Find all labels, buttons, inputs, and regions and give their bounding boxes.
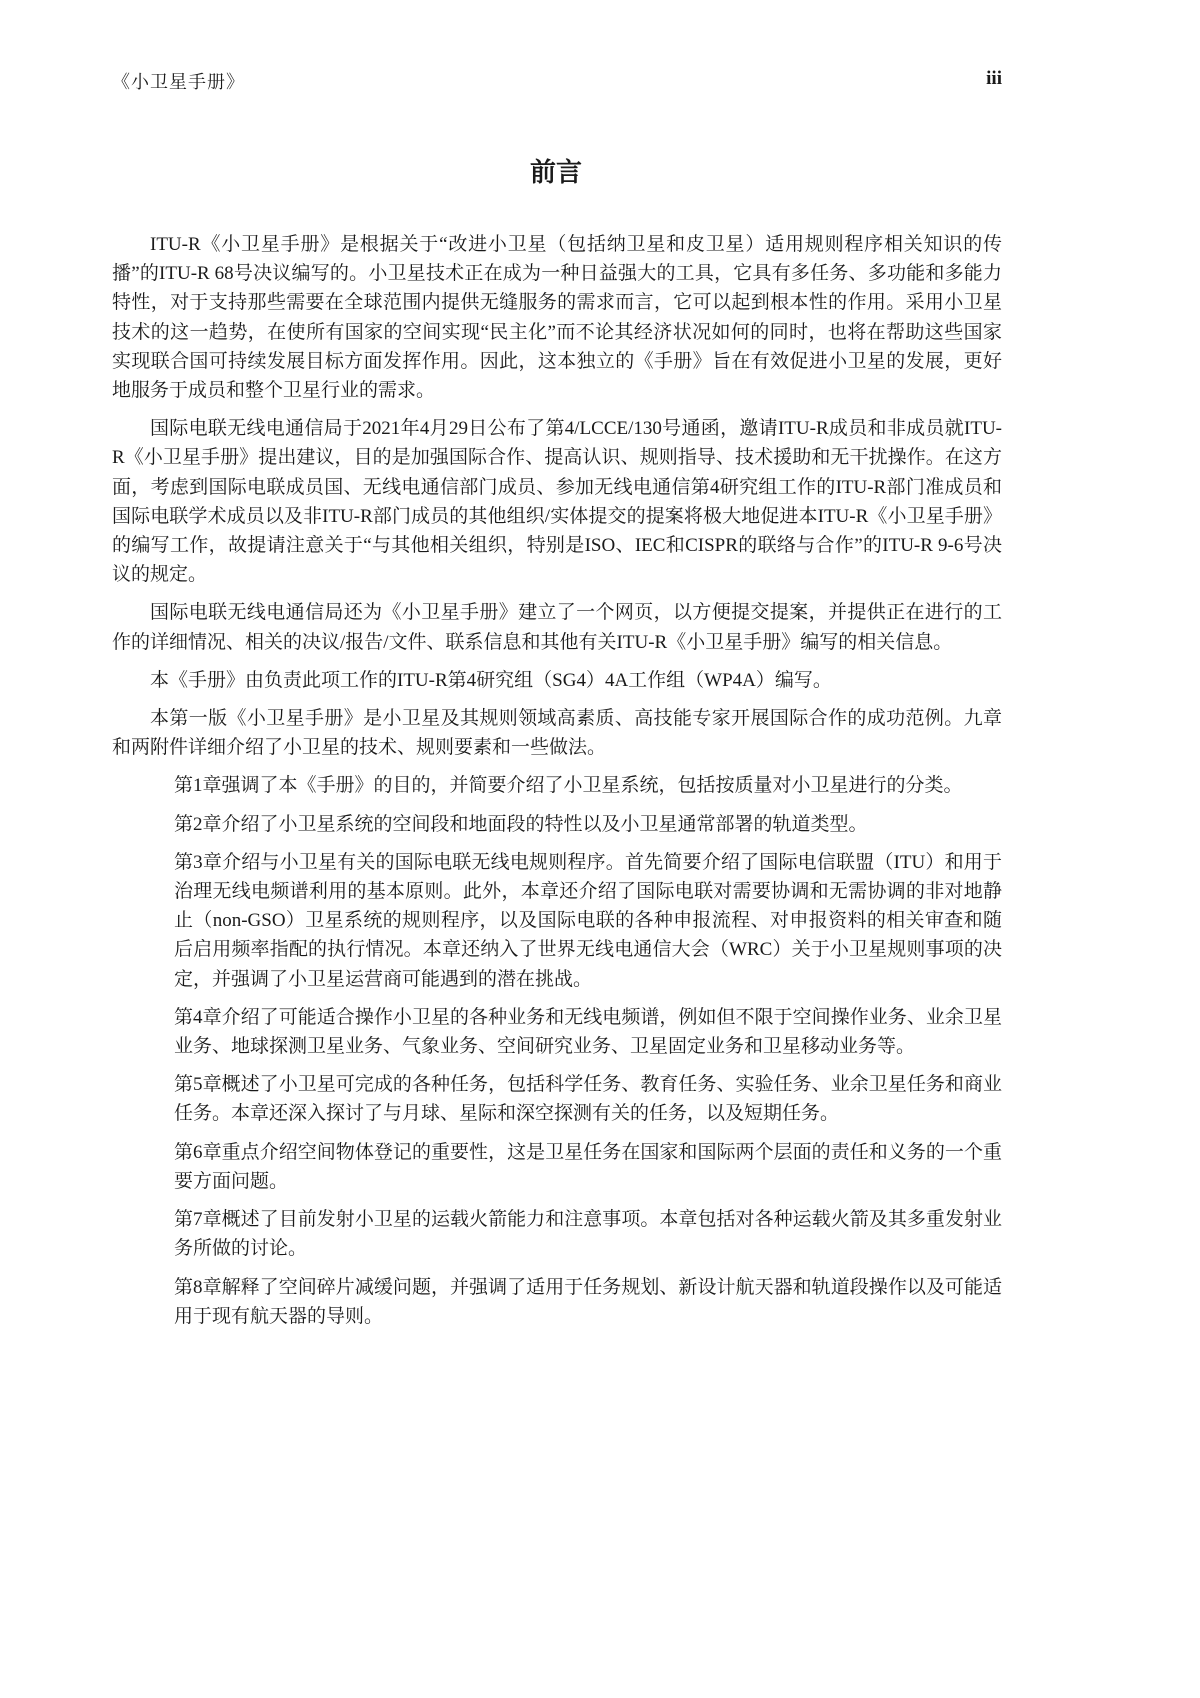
paragraph-authorship: 本《手册》由负责此项工作的ITU-R第4研究组（SG4）4A工作组（WP4A）编… — [112, 666, 1002, 695]
page-header: 《小卫星手册》 iii — [112, 68, 1002, 96]
body-text: ITU-R《小卫星手册》是根据关于“改进小卫星（包括纳卫星和皮卫星）适用规则程序… — [112, 230, 1002, 1340]
chapter-summary-7: 第7章概述了目前发射小卫星的运载火箭能力和注意事项。本章包括对各种运载火箭及其多… — [174, 1205, 1002, 1263]
chapter-summary-3: 第3章介绍与小卫星有关的国际电联无线电规则程序。首先简要介绍了国际电信联盟（IT… — [174, 848, 1002, 994]
chapter-summary-4: 第4章介绍了可能适合操作小卫星的各种业务和无线电频谱，例如但不限于空间操作业务、… — [174, 1003, 1002, 1061]
chapter-summary-1: 第1章强调了本《手册》的目的，并简要介绍了小卫星系统，包括按质量对小卫星进行的分… — [174, 771, 1002, 800]
section-title: 前言 — [0, 152, 1112, 189]
running-title: 《小卫星手册》 — [112, 68, 245, 94]
page-number: iii — [986, 68, 1002, 90]
paragraph-webpage: 国际电联无线电通信局还为《小卫星手册》建立了一个网页，以方便提交提案，并提供正在… — [112, 598, 1002, 656]
chapter-summary-8: 第8章解释了空间碎片减缓问题，并强调了适用于任务规划、新设计航天器和轨道段操作以… — [174, 1273, 1002, 1331]
paragraph-intro: ITU-R《小卫星手册》是根据关于“改进小卫星（包括纳卫星和皮卫星）适用规则程序… — [112, 230, 1002, 405]
paragraph-circular: 国际电联无线电通信局于2021年4月29日公布了第4/LCCE/130号通函，邀… — [112, 414, 1002, 589]
paragraph-first-edition: 本第一版《小卫星手册》是小卫星及其规则领域高素质、高技能专家开展国际合作的成功范… — [112, 704, 1002, 762]
chapter-summary-5: 第5章概述了小卫星可完成的各种任务，包括科学任务、教育任务、实验任务、业余卫星任… — [174, 1070, 1002, 1128]
chapter-summary-2: 第2章介绍了小卫星系统的空间段和地面段的特性以及小卫星通常部署的轨道类型。 — [174, 810, 1002, 839]
chapter-summary-6: 第6章重点介绍空间物体登记的重要性，这是卫星任务在国家和国际两个层面的责任和义务… — [174, 1138, 1002, 1196]
